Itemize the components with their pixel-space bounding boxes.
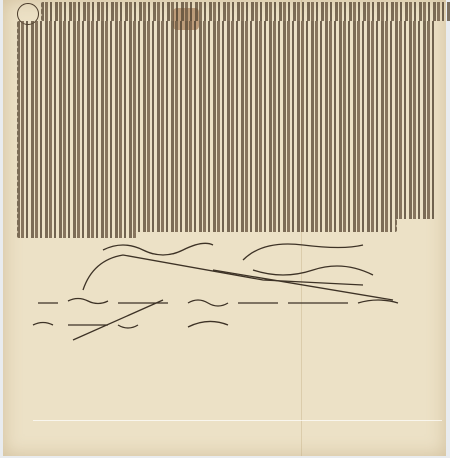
text-line: [17, 104, 437, 110]
text-line: [17, 123, 437, 129]
manuscript-page: S: [3, 0, 446, 456]
text-line: [17, 155, 437, 161]
text-line: [17, 136, 437, 142]
closing-line: [28, 295, 438, 350]
manuscript-body-text: [17, 2, 445, 238]
text-line: [17, 28, 437, 34]
text-line: [17, 200, 437, 206]
horizontal-fold: [33, 420, 442, 421]
text-line: [17, 207, 437, 213]
text-line: [41, 8, 450, 14]
text-line: [17, 40, 437, 46]
text-line: [17, 219, 397, 225]
text-line: [17, 168, 437, 174]
text-line: [17, 60, 437, 66]
text-line: [17, 187, 437, 193]
text-line: [17, 53, 437, 59]
text-line: [17, 175, 437, 181]
text-line: [17, 21, 437, 27]
text-line: [17, 72, 437, 78]
text-line: [17, 91, 437, 97]
